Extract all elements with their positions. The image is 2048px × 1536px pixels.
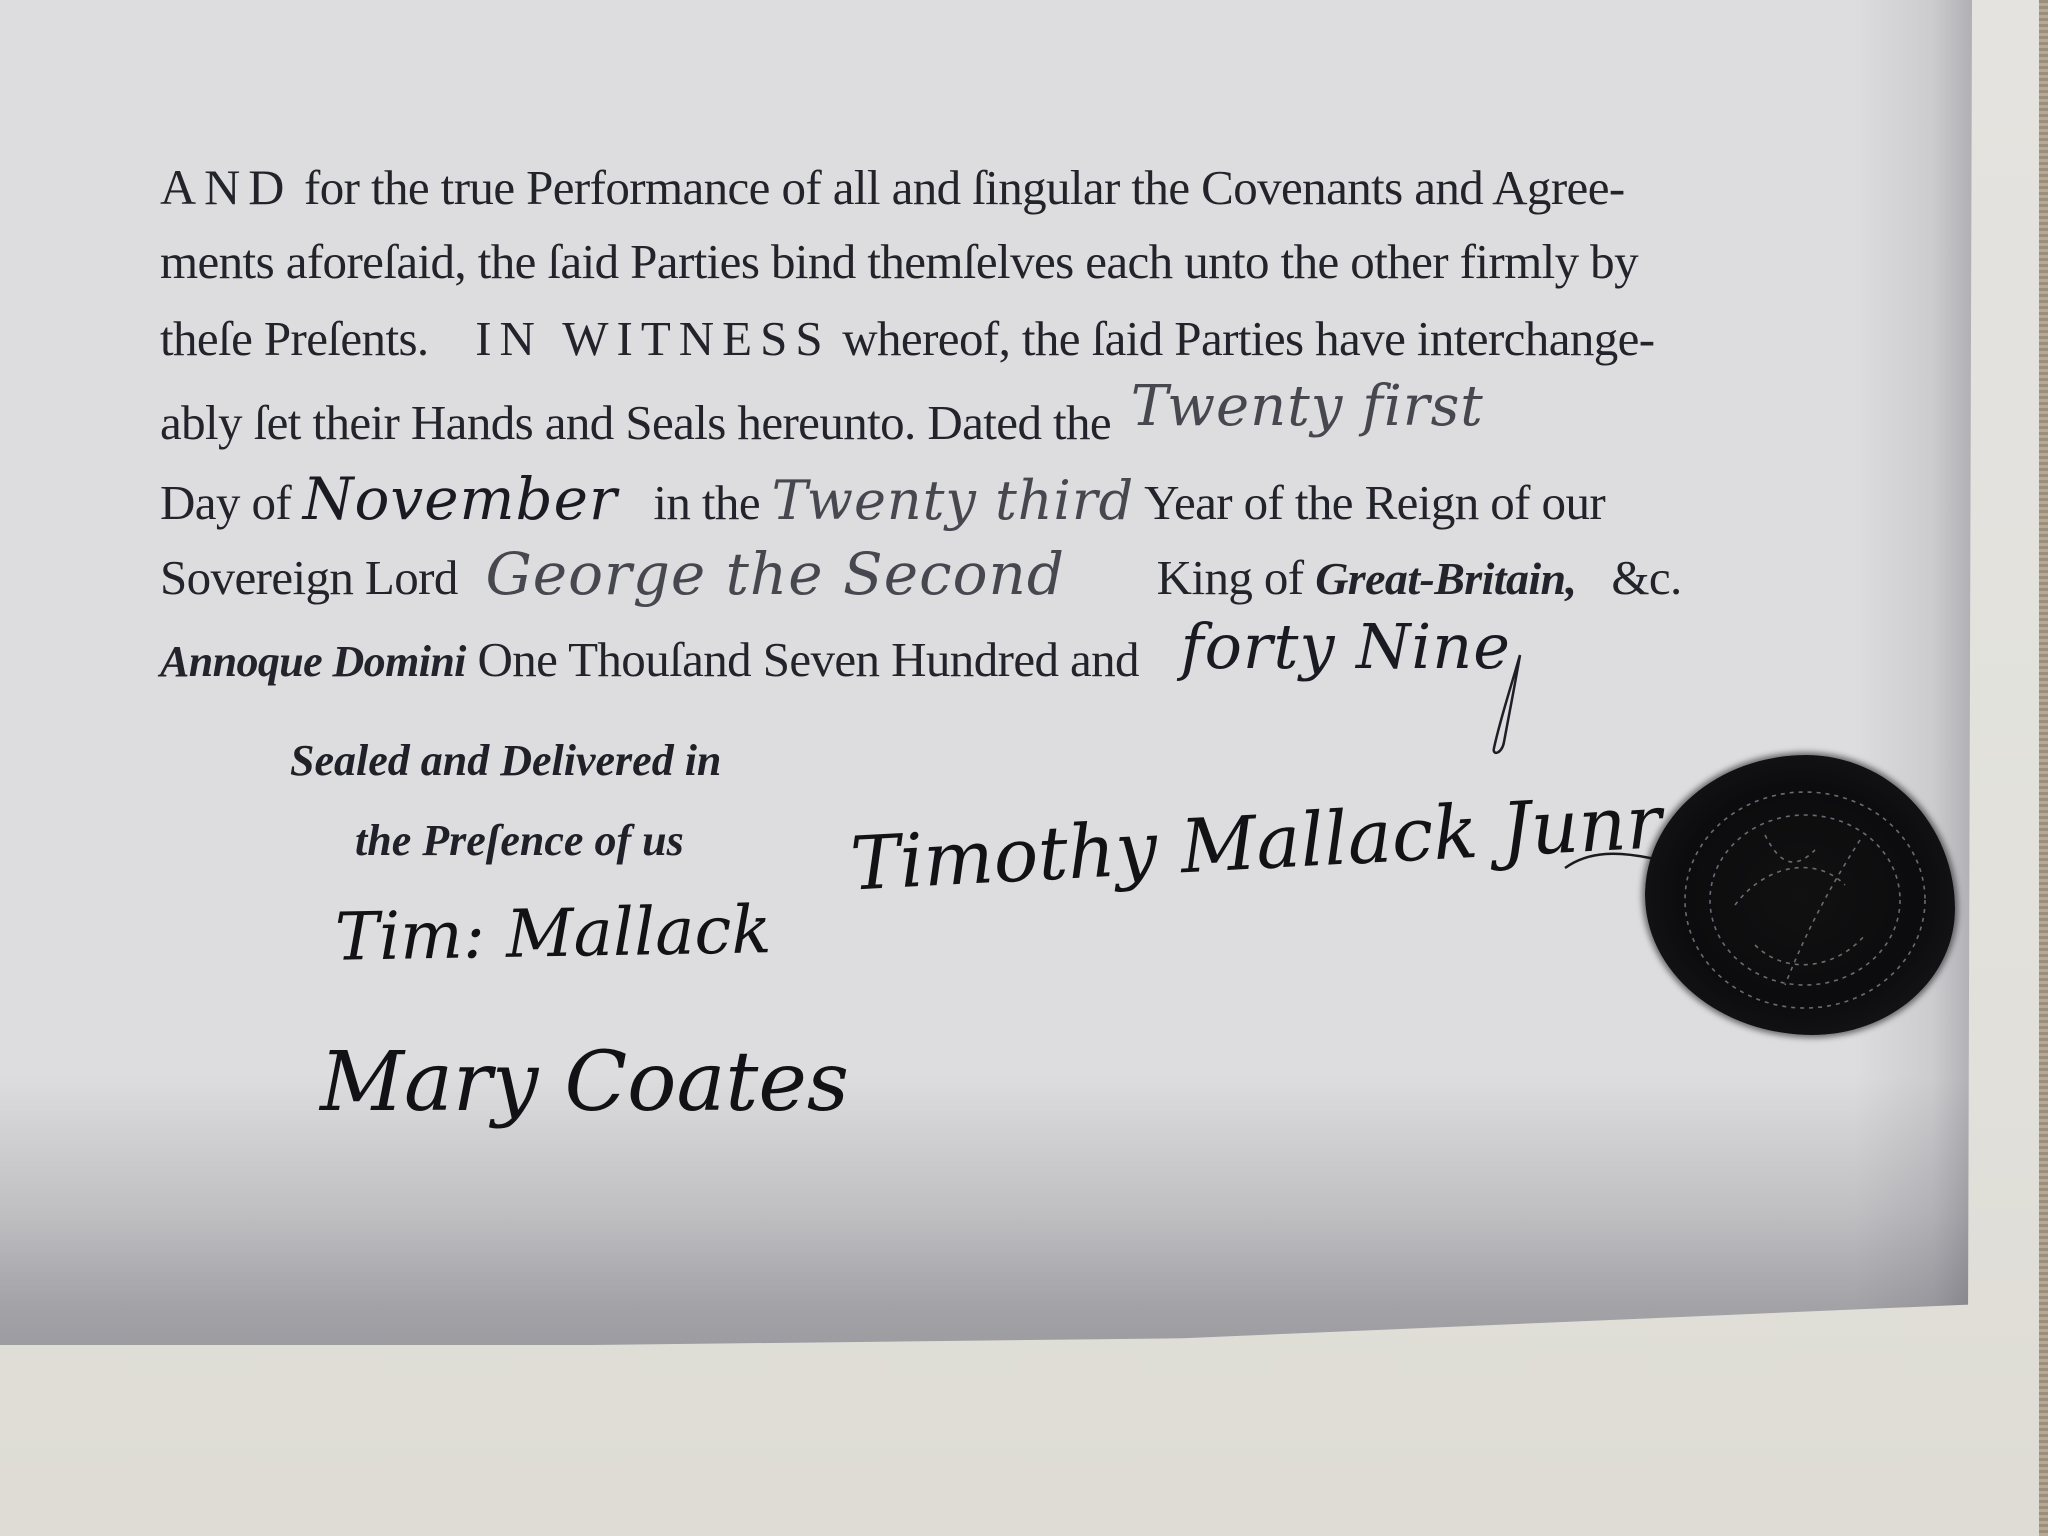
line-italic-before: Annoque Domini	[160, 637, 466, 686]
attestation-line-1: Sealed and Delivered in	[290, 735, 721, 786]
line-text-before: ably ſet their Hands and Seals hereunto.…	[160, 395, 1111, 450]
line-text-before: Day of	[160, 475, 291, 530]
line-text-after: whereof, the ſaid Parties have interchan…	[842, 311, 1654, 366]
seal-impression-icon	[1645, 755, 1955, 1035]
line-text-after: Year of the Reign of our	[1144, 475, 1605, 530]
handwritten-regnal-year: Twenty third	[772, 469, 1135, 532]
handwritten-king: George the Second	[485, 540, 1065, 608]
text-line-1: AND for the true Performance of all and …	[160, 158, 1625, 216]
line-italic-after: Great-Britain,	[1315, 553, 1576, 604]
document-sheet: AND for the true Performance of all and …	[0, 0, 1972, 1345]
in-witness-caps: IN WITNESS	[475, 311, 830, 366]
line-text-middle: One Thouſand Seven Hundred and	[477, 632, 1139, 687]
signature-principal: Timothy Mallack Junr.	[848, 778, 1679, 907]
handwritten-month: November	[303, 465, 618, 533]
ink-flourish-icon	[1480, 650, 1540, 760]
handwritten-day: Twenty first	[1131, 374, 1484, 439]
handwritten-year: forty Nine	[1181, 610, 1511, 683]
text-line-7: Annoque Domini One Thouſand Seven Hundre…	[160, 618, 1511, 691]
line-text-after: King of	[1157, 550, 1304, 605]
lead-caps: AND	[160, 159, 292, 215]
text-line-5: Day of November in the Twenty third Year…	[160, 465, 1605, 533]
text-line-3: theſe Preſents. IN WITNESS whereof, the …	[160, 310, 1655, 367]
line-text-before: Sovereign Lord	[160, 550, 458, 605]
wax-seal-icon	[1645, 755, 1955, 1035]
line-text-before: theſe Preſents.	[160, 311, 429, 366]
line-text: for the true Performance of all and ſing…	[304, 160, 1625, 215]
frame-edge	[2039, 0, 2048, 1536]
line-text-end: &c.	[1611, 550, 1681, 605]
signature-witness-1: Tim: Mallack	[334, 891, 772, 976]
line-text: ments aforeſaid, the ſaid Parties bind t…	[160, 234, 1638, 289]
text-line-2: ments aforeſaid, the ſaid Parties bind t…	[160, 233, 1638, 290]
text-line-4: ably ſet their Hands and Seals hereunto.…	[160, 388, 1484, 453]
attestation-line-2: the Preſence of us	[355, 815, 684, 866]
line-text-middle: in the	[653, 475, 760, 530]
signature-witness-2: Mary Coates	[320, 1035, 849, 1130]
text-line-6: Sovereign Lord George the Second King of…	[160, 540, 1682, 608]
